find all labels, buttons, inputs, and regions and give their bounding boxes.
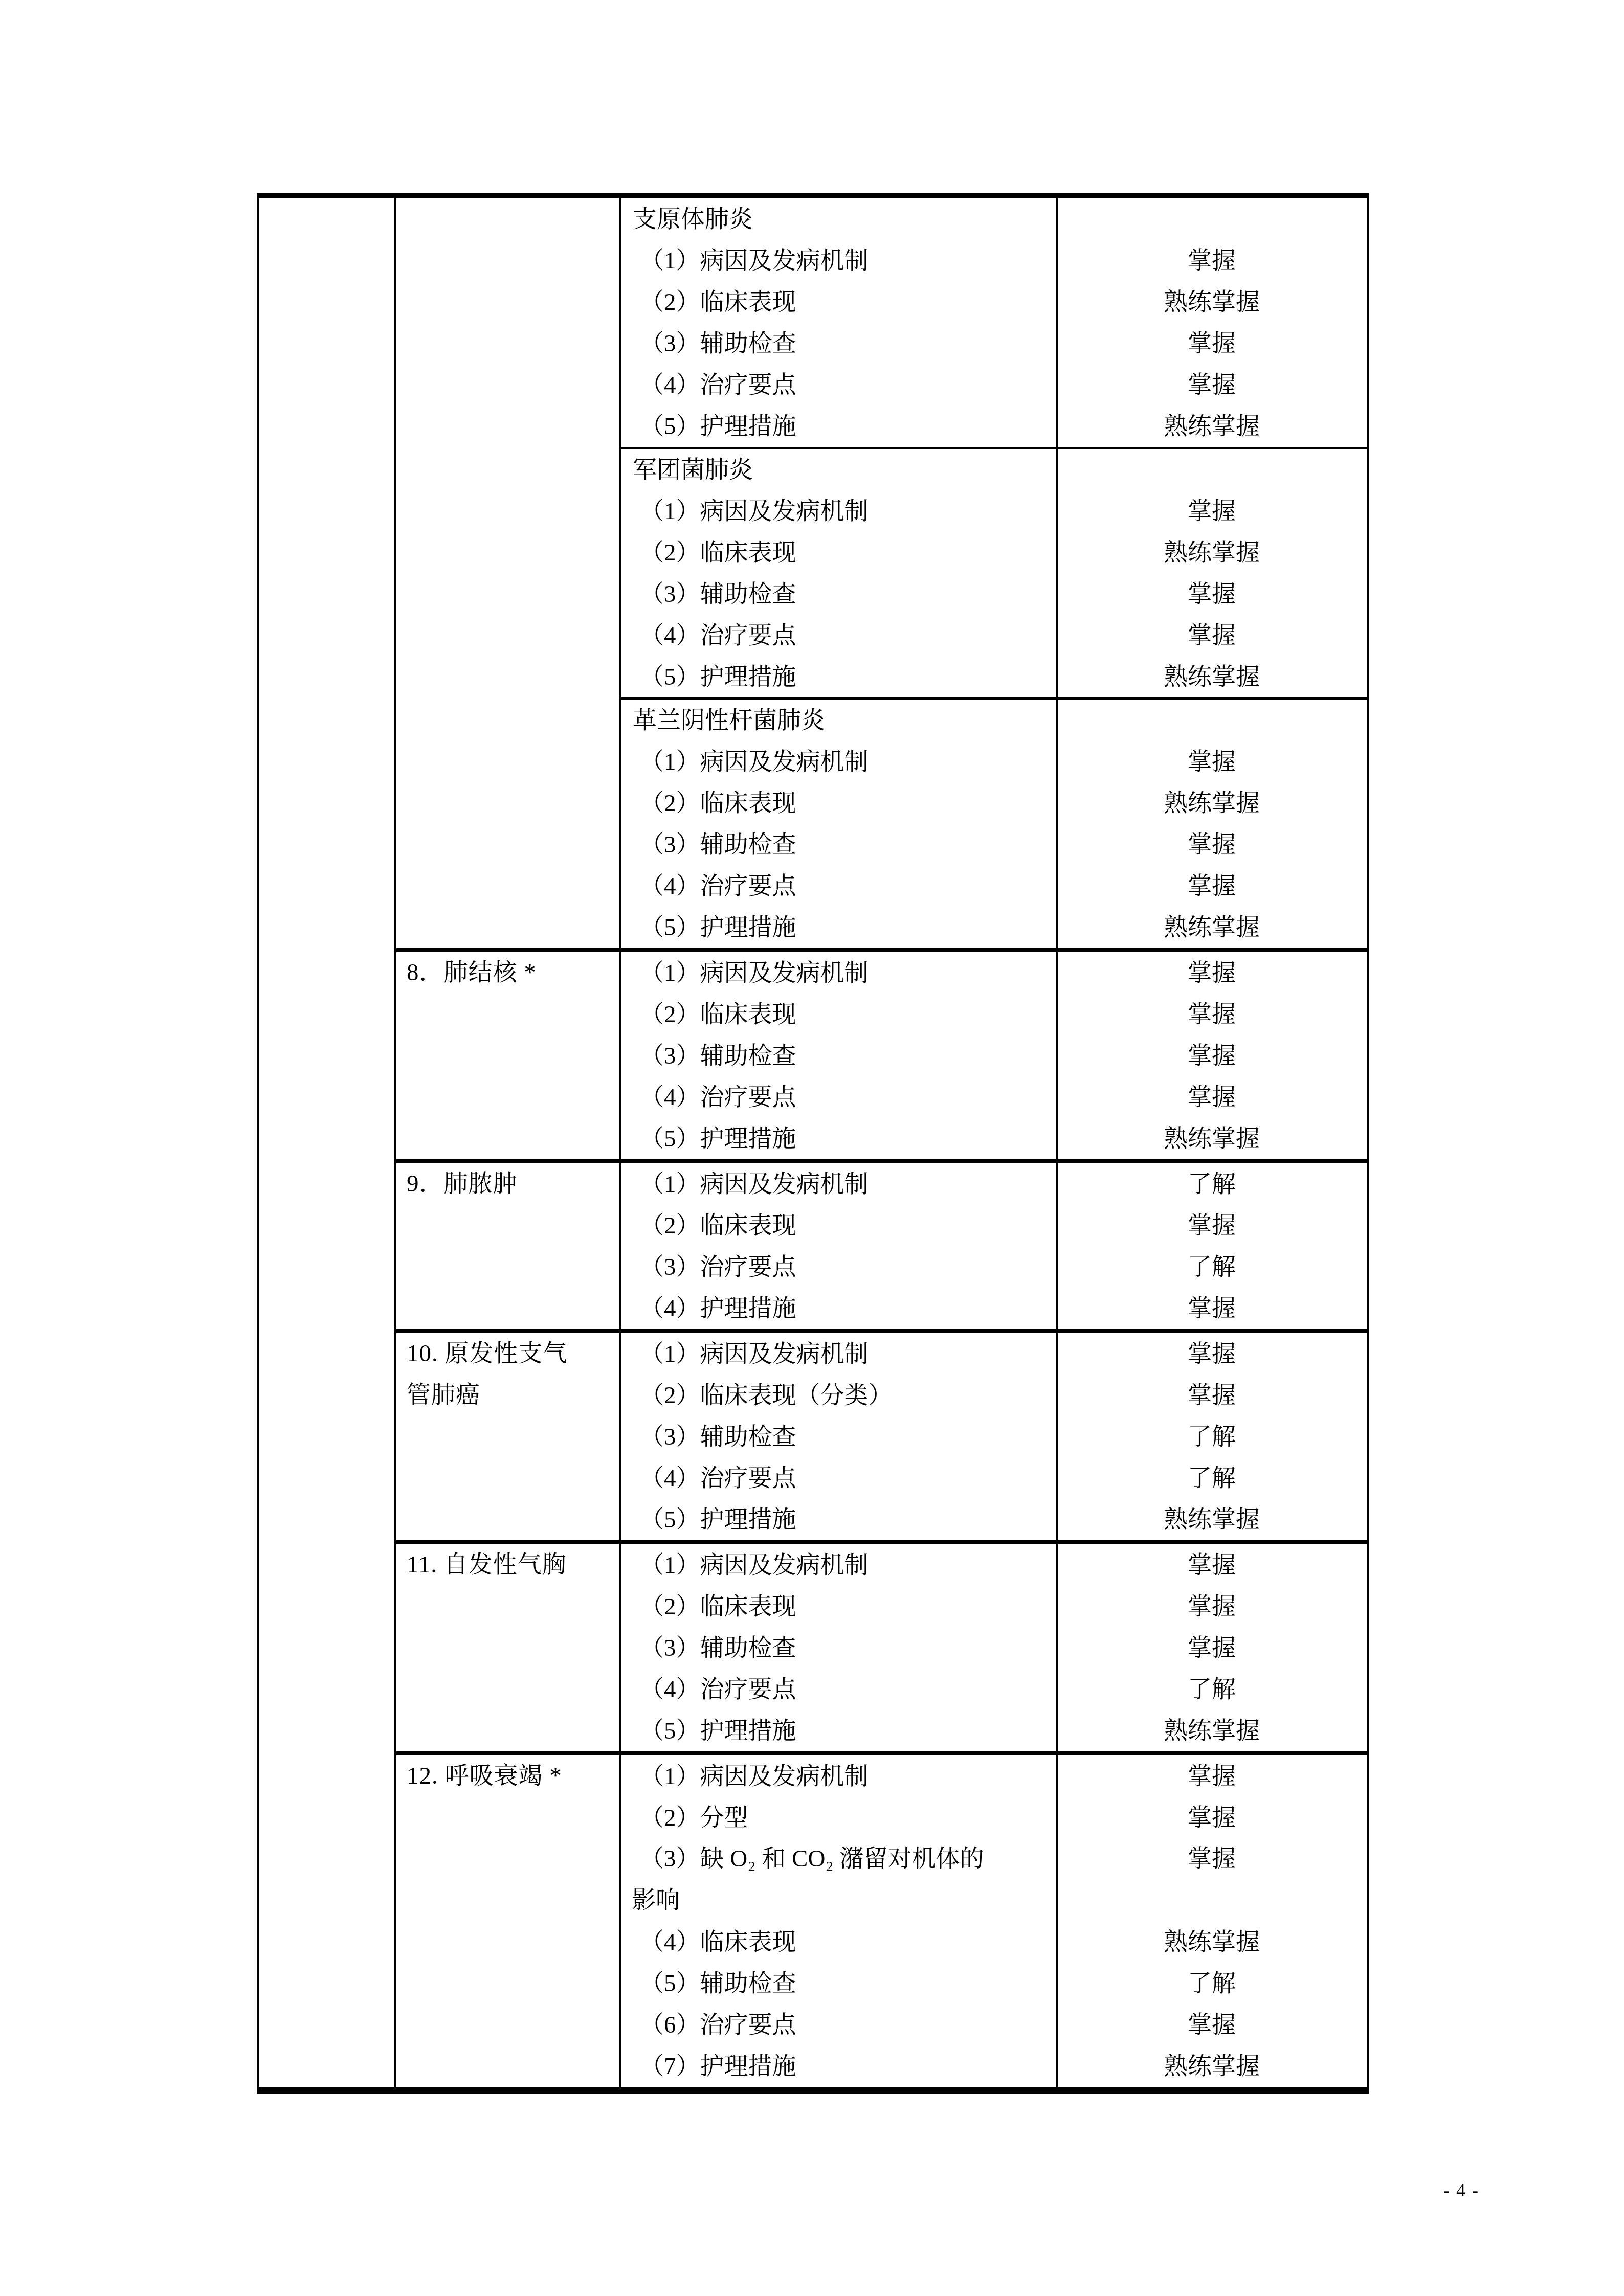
table-row: （1）病因及发病机制 掌握 (620, 1755, 1367, 1797)
section-rows: 军团菌肺炎 （1）病因及发病机制 掌握 （2）临床表现 熟练掌握 （3）辅助检查… (620, 447, 1367, 697)
table-row: （3）缺 O₂ 和 CO₂ 潴留对机体的 影响 掌握 (620, 1838, 1367, 1921)
level-cell: 掌握 (1057, 1212, 1367, 1240)
table-row: （2）临床表现 熟练掌握 (620, 782, 1367, 824)
topic-cell: （4）治疗要点 (620, 371, 1057, 399)
level-cell: 了解 (1057, 1423, 1367, 1451)
topic-cell: （3）辅助检查 (620, 831, 1057, 859)
topic-cell: （2）临床表现 (620, 790, 1057, 817)
unit-cell (259, 1159, 395, 1329)
level-cell: 掌握 (1057, 1838, 1367, 1880)
sub-disease-title: 军团菌肺炎 (620, 456, 1057, 484)
section-rows: （1）病因及发病机制 掌握 （2）临床表现（分类） 掌握 （3）辅助检查 了解 … (620, 1329, 1367, 1540)
topic-cell: （4）护理措施 (620, 1295, 1057, 1322)
topic-cell: （4）治疗要点 (620, 622, 1057, 649)
level-cell: 掌握 (1057, 1634, 1367, 1662)
table-row: （7）护理措施 熟练掌握 (620, 2045, 1367, 2087)
table-row: （1）病因及发病机制 掌握 (620, 240, 1367, 281)
section-rows: （1）病因及发病机制 掌握 （2）临床表现 掌握 （3）辅助检查 掌握 （4）治… (620, 948, 1367, 1159)
table-row: （4）治疗要点 掌握 (620, 615, 1367, 656)
topic-cell: （5）护理措施 (620, 914, 1057, 941)
table-row: （1）病因及发病机制 了解 (620, 1163, 1367, 1205)
level-cell: 掌握 (1057, 247, 1367, 275)
level-cell: 掌握 (1057, 1001, 1367, 1028)
table-row: （5）护理措施 熟练掌握 (620, 907, 1367, 948)
table-row: （2）临床表现 熟练掌握 (620, 532, 1367, 573)
topic-cell: （5）护理措施 (620, 663, 1057, 691)
category-label-line2: 管肺癌 (407, 1375, 610, 1416)
table-row: （4）治疗要点 掌握 (620, 865, 1367, 907)
table-row: （5）护理措施 熟练掌握 (620, 656, 1367, 697)
topic-cell: （1）病因及发病机制 (620, 959, 1057, 987)
topic-cell: （3）缺 O₂ 和 CO₂ 潴留对机体的 影响 (620, 1838, 1057, 1921)
level-cell: 掌握 (1057, 1084, 1367, 1111)
topic-cell: （5）辅助检查 (620, 1970, 1057, 1997)
level-cell: 熟练掌握 (1057, 539, 1367, 567)
table-row: （4）临床表现 熟练掌握 (620, 1921, 1367, 1963)
table-row: 军团菌肺炎 (620, 449, 1367, 490)
column-divider (619, 198, 621, 2087)
table-row: （1）病因及发病机制 掌握 (620, 741, 1367, 782)
level-cell: 掌握 (1057, 1763, 1367, 1790)
level-cell: 熟练掌握 (1057, 914, 1367, 941)
topic-cell: （2）临床表现（分类） (620, 1382, 1057, 1409)
table-row: （4）治疗要点 了解 (620, 1457, 1367, 1499)
table-row: （3）辅助检查 掌握 (620, 323, 1367, 364)
level-cell: 掌握 (1057, 1382, 1367, 1409)
table-row: （2）临床表现 掌握 (620, 1205, 1367, 1246)
table-section: 9．肺脓肿 （1）病因及发病机制 了解 （2）临床表现 掌握 （3）治疗要点 了… (259, 1159, 1367, 1329)
unit-cell (259, 447, 395, 697)
category-cell: 9．肺脓肿 (395, 1159, 620, 1329)
table-row: 支原体肺炎 (620, 198, 1367, 240)
level-cell: 掌握 (1057, 1042, 1367, 1070)
section-rows: （1）病因及发病机制 了解 （2）临床表现 掌握 （3）治疗要点 了解 （4）护… (620, 1159, 1367, 1329)
topic-cell: （3）辅助检查 (620, 580, 1057, 608)
category-cell: 8．肺结核 * (395, 948, 620, 1159)
sub-disease-title: 支原体肺炎 (620, 206, 1057, 233)
topic-cell: （1）病因及发病机制 (620, 1551, 1057, 1579)
table-section: 支原体肺炎 （1）病因及发病机制 掌握 （2）临床表现 熟练掌握 （3）辅助检查… (259, 198, 1367, 447)
table-row: （5）护理措施 熟练掌握 (620, 406, 1367, 447)
level-cell: 了解 (1057, 1465, 1367, 1492)
unit-cell (259, 697, 395, 948)
table-row: （2）分型 掌握 (620, 1797, 1367, 1838)
level-cell: 掌握 (1057, 498, 1367, 525)
category-label: 10. 原发性支气 (407, 1333, 610, 1375)
table-row: （3）辅助检查 掌握 (620, 1627, 1367, 1669)
category-cell: 12. 呼吸衰竭 * (395, 1751, 620, 2087)
topic-cell: （3）辅助检查 (620, 330, 1057, 357)
level-cell: 熟练掌握 (1057, 1125, 1367, 1153)
level-cell: 熟练掌握 (1057, 790, 1367, 817)
unit-cell (259, 198, 395, 447)
level-cell: 掌握 (1057, 330, 1367, 357)
document-page: 支原体肺炎 （1）病因及发病机制 掌握 （2）临床表现 熟练掌握 （3）辅助检查… (0, 0, 1624, 2296)
section-rows: （1）病因及发病机制 掌握 （2）分型 掌握 （3）缺 O₂ 和 CO₂ 潴留对… (620, 1751, 1367, 2087)
level-cell: 熟练掌握 (1057, 1928, 1367, 1956)
syllabus-table: 支原体肺炎 （1）病因及发病机制 掌握 （2）临床表现 熟练掌握 （3）辅助检查… (257, 193, 1369, 2094)
section-rows: 支原体肺炎 （1）病因及发病机制 掌握 （2）临床表现 熟练掌握 （3）辅助检查… (620, 198, 1367, 447)
topic-line1: （3）缺 O₂ 和 CO₂ 潴留对机体的 (640, 1838, 1057, 1880)
level-cell: 掌握 (1057, 1804, 1367, 1832)
level-cell: 掌握 (1057, 1340, 1367, 1368)
level-cell: 了解 (1057, 1676, 1367, 1703)
topic-cell: （4）治疗要点 (620, 872, 1057, 900)
category-label: 8．肺结核 * (407, 952, 610, 994)
sub-disease-title: 革兰阴性杆菌肺炎 (620, 707, 1057, 734)
level-cell: 了解 (1057, 1970, 1367, 1997)
level-cell: 熟练掌握 (1057, 2053, 1367, 2080)
table-section: 8．肺结核 * （1）病因及发病机制 掌握 （2）临床表现 掌握 （3）辅助检查… (259, 948, 1367, 1159)
table-row: （5）护理措施 熟练掌握 (620, 1499, 1367, 1540)
unit-cell (259, 1329, 395, 1540)
topic-cell: （5）护理措施 (620, 413, 1057, 440)
topic-cell: （2）临床表现 (620, 539, 1057, 567)
topic-cell: （1）病因及发病机制 (620, 1763, 1057, 1790)
table-row: （3）辅助检查 掌握 (620, 1035, 1367, 1076)
topic-cell: （5）护理措施 (620, 1717, 1057, 1745)
table-row: （6）治疗要点 掌握 (620, 2004, 1367, 2045)
level-cell: 掌握 (1057, 831, 1367, 859)
category-label: 11. 自发性气胸 (407, 1544, 610, 1586)
page-number: - 4 - (1443, 2179, 1479, 2201)
level-cell: 掌握 (1057, 748, 1367, 776)
topic-cell: （1）病因及发病机制 (620, 1340, 1057, 1368)
table-row: （1）病因及发病机制 掌握 (620, 952, 1367, 994)
level-cell: 了解 (1057, 1253, 1367, 1281)
category-label: 12. 呼吸衰竭 * (407, 1755, 610, 1797)
table-row: （4）护理措施 掌握 (620, 1288, 1367, 1329)
category-cell: 11. 自发性气胸 (395, 1540, 620, 1751)
topic-cell: （3）辅助检查 (620, 1042, 1057, 1070)
level-cell: 掌握 (1057, 1551, 1367, 1579)
table-row: （4）治疗要点 掌握 (620, 1076, 1367, 1118)
topic-cell: （4）治疗要点 (620, 1084, 1057, 1111)
table-row: （2）临床表现 掌握 (620, 1586, 1367, 1627)
topic-cell: （4）治疗要点 (620, 1676, 1057, 1703)
category-label: 9．肺脓肿 (407, 1163, 610, 1205)
section-rows: 革兰阴性杆菌肺炎 （1）病因及发病机制 掌握 （2）临床表现 熟练掌握 （3）辅… (620, 697, 1367, 948)
topic-cell: （4）治疗要点 (620, 1465, 1057, 1492)
topic-cell: （2）临床表现 (620, 288, 1057, 316)
table-row: （5）护理措施 熟练掌握 (620, 1710, 1367, 1751)
level-cell: 熟练掌握 (1057, 1717, 1367, 1745)
level-cell: 掌握 (1057, 1593, 1367, 1620)
level-cell: 熟练掌握 (1057, 663, 1367, 691)
table-row: （1）病因及发病机制 掌握 (620, 490, 1367, 532)
topic-line2: 影响 (632, 1880, 1057, 1921)
table-row: （3）治疗要点 了解 (620, 1246, 1367, 1288)
topic-cell: （6）治疗要点 (620, 2011, 1057, 2039)
topic-cell: （4）临床表现 (620, 1928, 1057, 1956)
topic-cell: （2）临床表现 (620, 1593, 1057, 1620)
table-section: 12. 呼吸衰竭 * （1）病因及发病机制 掌握 （2）分型 掌握 （3）缺 O… (259, 1751, 1367, 2087)
category-cell (395, 198, 620, 447)
table-row: （3）辅助检查 了解 (620, 1416, 1367, 1457)
level-cell: 掌握 (1057, 872, 1367, 900)
section-rows: （1）病因及发病机制 掌握 （2）临床表现 掌握 （3）辅助检查 掌握 （4）治… (620, 1540, 1367, 1751)
level-cell: 熟练掌握 (1057, 1506, 1367, 1534)
level-cell: 掌握 (1057, 1295, 1367, 1322)
topic-cell: （2）分型 (620, 1804, 1057, 1832)
table-row: （5）护理措施 熟练掌握 (620, 1118, 1367, 1159)
table-row: （2）临床表现 掌握 (620, 994, 1367, 1035)
table-row: （1）病因及发病机制 掌握 (620, 1333, 1367, 1375)
topic-cell: （5）护理措施 (620, 1125, 1057, 1153)
table-section: 革兰阴性杆菌肺炎 （1）病因及发病机制 掌握 （2）临床表现 熟练掌握 （3）辅… (259, 697, 1367, 948)
category-cell (395, 447, 620, 697)
unit-cell (259, 948, 395, 1159)
table-row: （3）辅助检查 掌握 (620, 824, 1367, 865)
table-body: 支原体肺炎 （1）病因及发病机制 掌握 （2）临床表现 熟练掌握 （3）辅助检查… (259, 198, 1367, 2087)
topic-cell: （3）辅助检查 (620, 1423, 1057, 1451)
topic-cell: （1）病因及发病机制 (620, 247, 1057, 275)
table-section: 军团菌肺炎 （1）病因及发病机制 掌握 （2）临床表现 熟练掌握 （3）辅助检查… (259, 447, 1367, 697)
level-cell: 掌握 (1057, 2011, 1367, 2039)
topic-cell: （2）临床表现 (620, 1212, 1057, 1240)
level-cell: 掌握 (1057, 622, 1367, 649)
category-cell: 10. 原发性支气 管肺癌 (395, 1329, 620, 1540)
table-row: （2）临床表现 熟练掌握 (620, 281, 1367, 323)
level-cell: 熟练掌握 (1057, 288, 1367, 316)
table-row: 革兰阴性杆菌肺炎 (620, 700, 1367, 741)
table-row: （4）治疗要点 了解 (620, 1669, 1367, 1710)
topic-cell: （7）护理措施 (620, 2053, 1057, 2080)
topic-cell: （1）病因及发病机制 (620, 748, 1057, 776)
column-divider (394, 198, 396, 2087)
unit-cell (259, 1751, 395, 2087)
level-cell: 熟练掌握 (1057, 413, 1367, 440)
table-section: 11. 自发性气胸 （1）病因及发病机制 掌握 （2）临床表现 掌握 （3）辅助… (259, 1540, 1367, 1751)
table-row: （2）临床表现（分类） 掌握 (620, 1375, 1367, 1416)
topic-cell: （3）治疗要点 (620, 1253, 1057, 1281)
column-divider (1056, 198, 1058, 2087)
topic-cell: （1）病因及发病机制 (620, 498, 1057, 525)
table-row: （1）病因及发病机制 掌握 (620, 1544, 1367, 1586)
table-row: （4）治疗要点 掌握 (620, 364, 1367, 406)
topic-cell: （1）病因及发病机制 (620, 1170, 1057, 1198)
topic-cell: （3）辅助检查 (620, 1634, 1057, 1662)
topic-cell: （5）护理措施 (620, 1506, 1057, 1534)
unit-cell (259, 1540, 395, 1751)
category-cell (395, 697, 620, 948)
table-row: （5）辅助检查 了解 (620, 1963, 1367, 2004)
level-cell: 掌握 (1057, 580, 1367, 608)
table-row: （3）辅助检查 掌握 (620, 573, 1367, 615)
level-cell: 掌握 (1057, 371, 1367, 399)
level-cell: 掌握 (1057, 959, 1367, 987)
level-cell: 了解 (1057, 1170, 1367, 1198)
table-section: 10. 原发性支气 管肺癌 （1）病因及发病机制 掌握 （2）临床表现（分类） … (259, 1329, 1367, 1540)
topic-cell: （2）临床表现 (620, 1001, 1057, 1028)
